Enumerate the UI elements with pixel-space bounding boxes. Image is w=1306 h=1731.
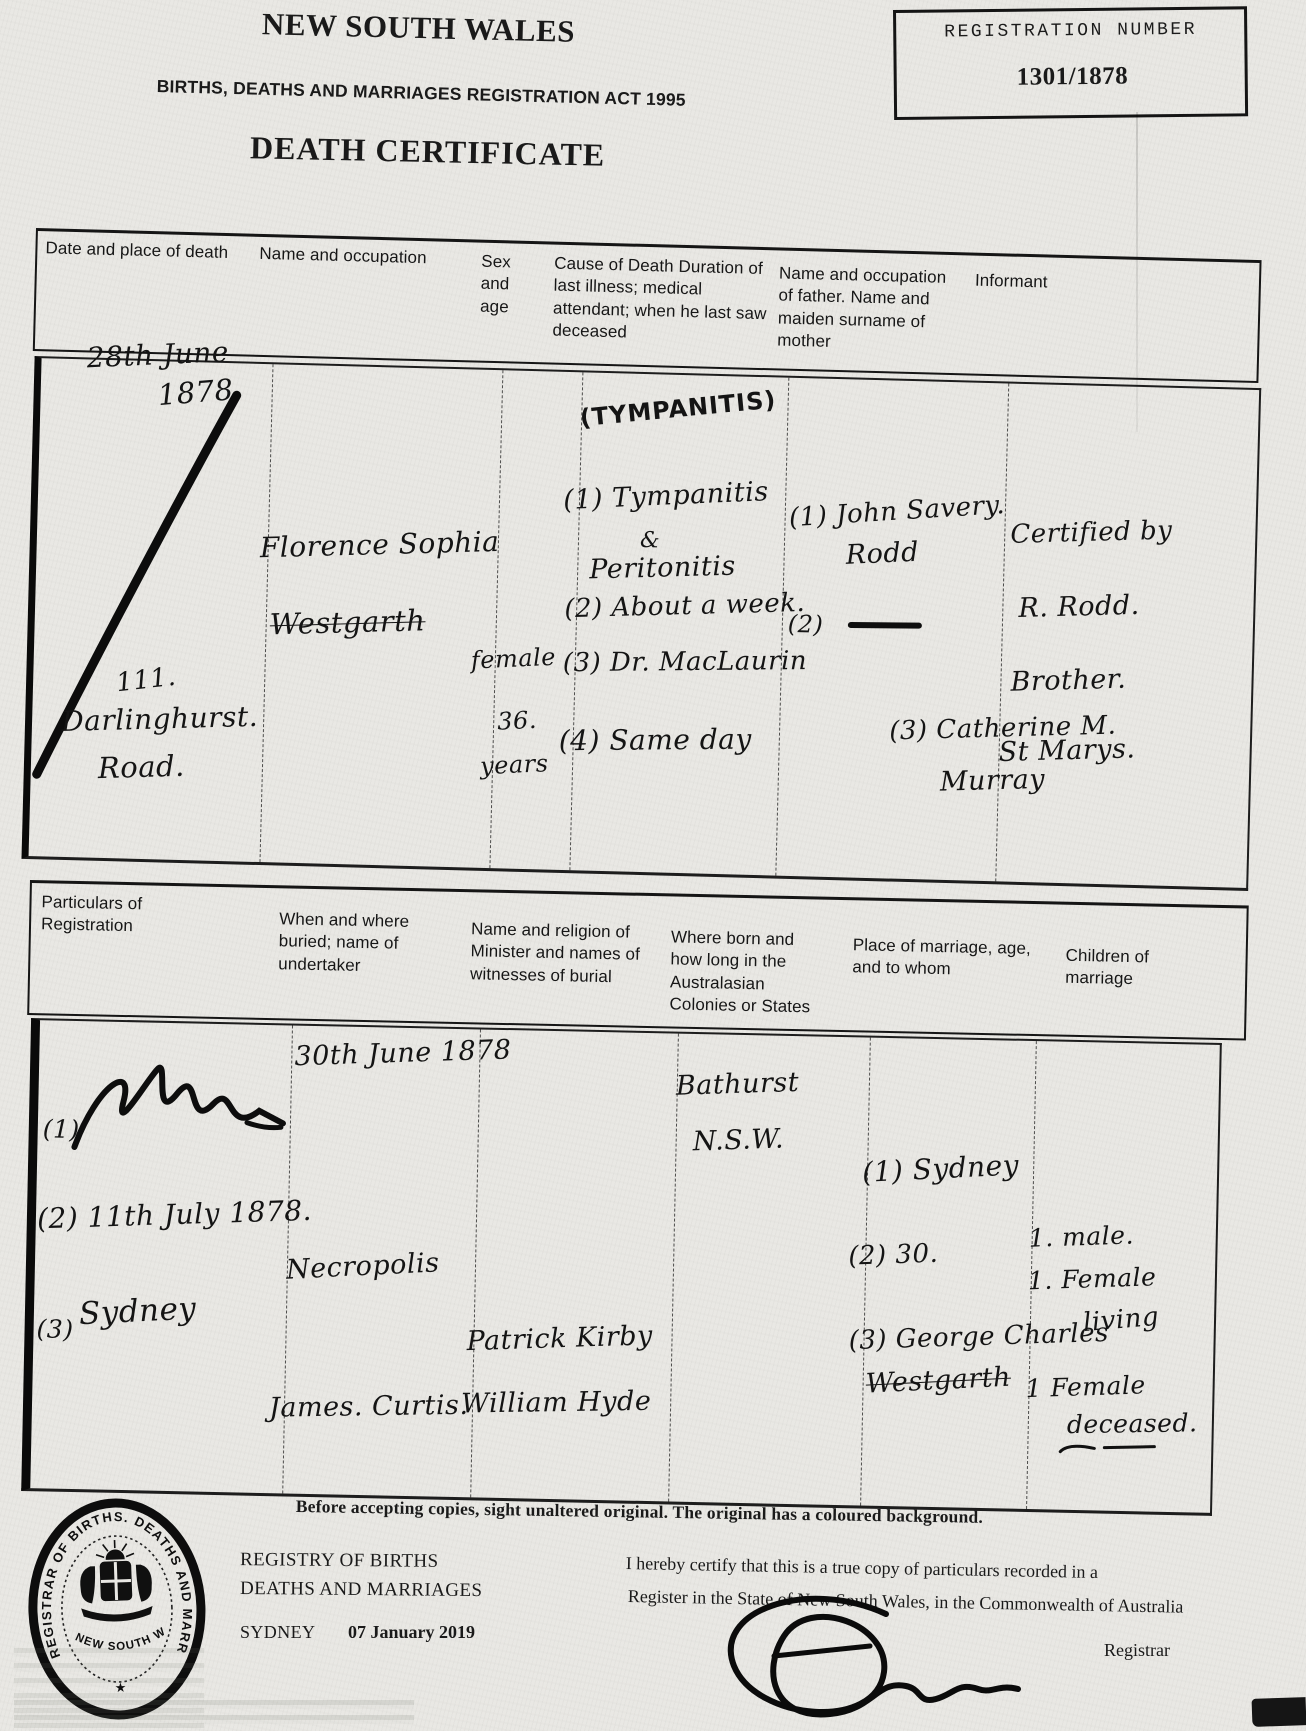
entry-name-line2: Westgarth (269, 606, 425, 639)
col-children-of-marriage: Children of marriage (1065, 945, 1196, 993)
entry-marriage-line4: Westgarth (865, 1364, 1011, 1398)
entry-death-date-line1: 28th June (86, 338, 229, 372)
registrar-label: Registrar (1104, 1640, 1170, 1661)
entry-witness-line1: Patrick Kirby (466, 1322, 653, 1355)
entry-mother-line2: Murray (940, 766, 1046, 796)
document-title: DEATH CERTIFICATE (250, 129, 606, 173)
entry-informant-line4: St Marys. (998, 735, 1135, 766)
entry-death-place-line1: 111. (115, 664, 177, 697)
issue-city: SYDNEY (240, 1622, 315, 1643)
entry-informant-line1: Certified by (1010, 518, 1173, 548)
col-father-mother: Name and occupation of father. Name and … (777, 262, 951, 356)
issue-date: 07 January 2019 (348, 1622, 475, 1643)
register-column-line (668, 1034, 679, 1502)
col-informant: Informant (975, 270, 1096, 296)
seal-star-icon: ★ (114, 1680, 126, 1695)
act-title: BIRTHS, DEATHS AND MARRIAGES REGISTRATIO… (156, 76, 686, 111)
certify-statement-line1: I hereby certify that this is a true cop… (626, 1553, 1099, 1583)
entry-registration-item3-label: (3) (36, 1316, 73, 1342)
entry-father-line2: Rodd (845, 539, 919, 569)
registrar-seal: REGISTRAR OF BIRTHS. DEATHS AND MARRIAGE… (22, 1493, 212, 1729)
entry-cause-amp: & (640, 530, 661, 553)
entry-children-line4: 1 Female (1025, 1372, 1146, 1401)
entry-age-unit: years (480, 751, 549, 778)
entry-registration-item2: (2) 11th July 1878. (37, 1197, 313, 1234)
registration-number-label: REGISTRATION NUMBER (944, 20, 1197, 43)
entry-marriage-line2: (2) 30. (848, 1241, 939, 1270)
entry-age: 36. (497, 708, 538, 734)
children-underline-flourish (1058, 1442, 1158, 1458)
entry-sex: female (470, 645, 556, 673)
entry-children-line1: 1. male. (1028, 1222, 1134, 1250)
entry-registration-item3: Sydney (78, 1294, 197, 1331)
registration-number-value: 1301/1878 (1017, 63, 1129, 92)
registration-number-box: REGISTRATION NUMBER 1301/1878 (893, 6, 1248, 120)
entry-name-line1: Florence Sophia (259, 528, 499, 562)
col-where-born: Where born and how long in the Australas… (669, 926, 821, 1019)
registrar-signature (678, 1592, 1048, 1731)
entry-death-place-line3: Road. (98, 752, 186, 783)
coat-of-arms (79, 1539, 152, 1622)
registration-table: Particulars of Registration When and whe… (17, 880, 1262, 1546)
death-register-strip (21, 356, 1261, 891)
entry-buried-line2: Necropolis (285, 1249, 440, 1283)
entry-informant-line2: R. Rodd. (1018, 592, 1140, 622)
entry-children-line3: living (1082, 1304, 1160, 1336)
entry-children-line2: 1. Female (1028, 1264, 1157, 1293)
entry-informant-line3: Brother. (1010, 666, 1126, 696)
registry-name-line1: REGISTRY OF BIRTHS (240, 1549, 439, 1573)
col-place-of-marriage: Place of marriage, age, and to whom (852, 934, 1041, 983)
entry-marriage-line1: (1) Sydney (862, 1151, 1020, 1187)
entry-born-line1: Bathurst (675, 1069, 799, 1100)
col-when-where-buried: When and where buried; name of undertake… (278, 908, 451, 979)
scan-corner-smudge (1252, 1697, 1306, 1727)
register-column-line (489, 370, 503, 868)
col-date-place-of-death: Date and place of death (45, 237, 231, 264)
death-certificate-scan: NEW SOUTH WALES BIRTHS, DEATHS AND MARRI… (0, 0, 1306, 1731)
entry-witness-line2: William Hyde (461, 1388, 652, 1418)
state-title: NEW SOUTH WALES (262, 6, 576, 50)
entry-buried-line3: James. Curtis. (269, 1392, 469, 1422)
entry-cause-line5: (4) Same day (559, 726, 752, 756)
registration-table-header-box: Particulars of Registration When and whe… (27, 880, 1249, 1040)
entry-cause-line4: (3) Dr. MacLaurin (563, 648, 807, 676)
col-name-and-occupation: Name and occupation (259, 243, 490, 271)
registrar-entry-signature (60, 1049, 292, 1174)
death-table: Date and place of death Name and occupat… (19, 228, 1263, 900)
entry-death-date-line2: 1878 (157, 375, 235, 410)
register-column-line (860, 1038, 871, 1506)
col-cause-of-death: Cause of Death Duration of last illness;… (552, 253, 772, 348)
col-minister-witnesses: Name and religion of Minister and names … (470, 918, 657, 989)
entry-cause-line3: (2) About a week. (564, 590, 806, 622)
entry-buried-line1: 30th June 1878 (294, 1036, 512, 1070)
register-column-line (470, 1029, 481, 1497)
registry-name-line2: DEATHS AND MARRIAGES (240, 1578, 483, 1602)
entry-born-line2: N.S.W. (692, 1125, 784, 1155)
entry-children-line5: deceased. (1067, 1410, 1198, 1437)
register-column-line (995, 384, 1009, 882)
entry-father-item2-label: (2) (788, 612, 824, 637)
entry-cause-line2: Peritonitis (589, 553, 736, 584)
col-particulars-of-registration: Particulars of Registration (41, 891, 202, 939)
entry-mother-blank-dash (848, 622, 922, 629)
col-sex-and-age: Sex and age (480, 251, 532, 320)
entry-death-place-line2: Darlinghurst. (61, 703, 259, 736)
entry-marriage-line3: (3) George Charles (848, 1320, 1109, 1354)
